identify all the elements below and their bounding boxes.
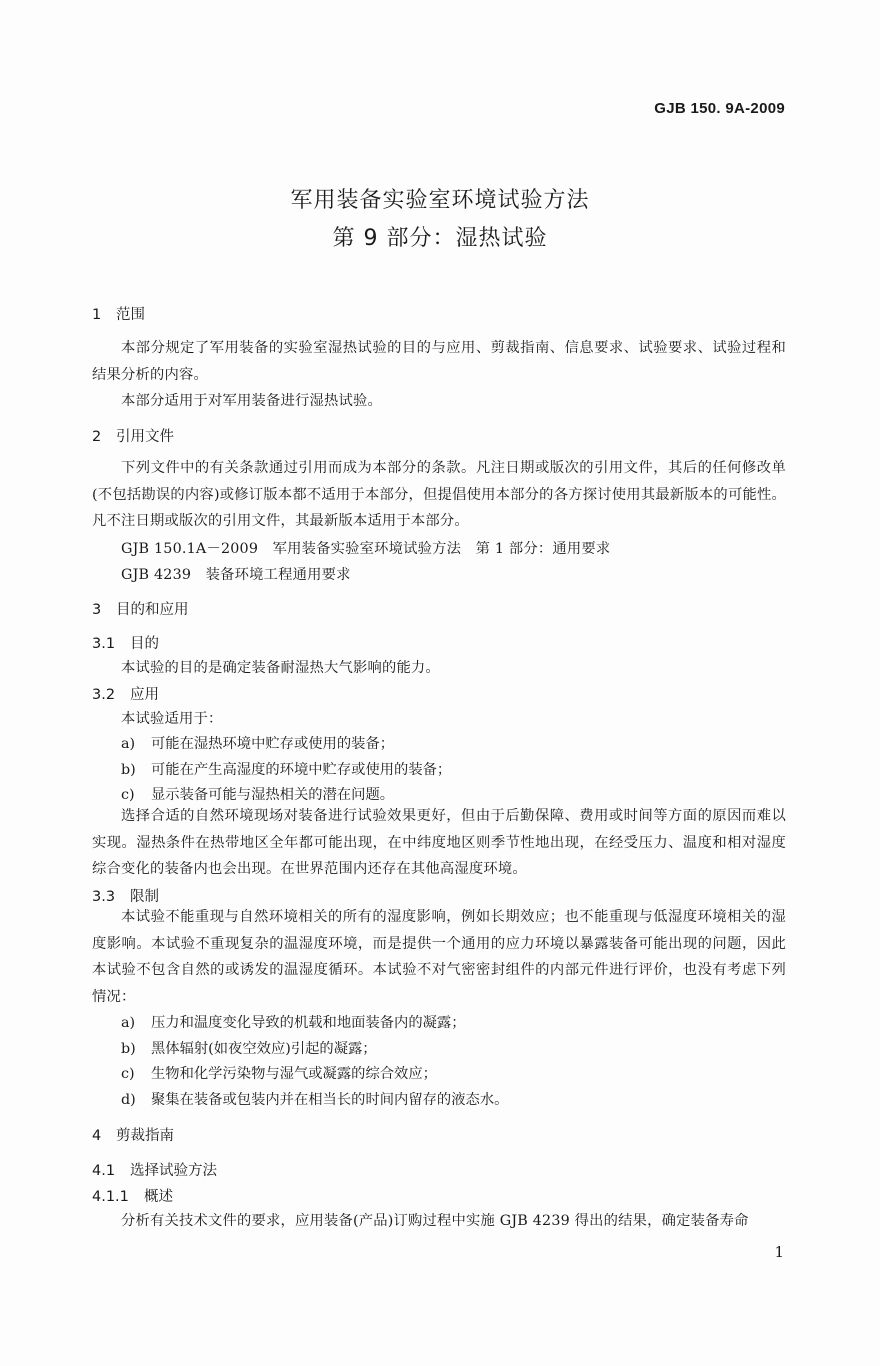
section-3-2-paragraph-2: 选择合适的自然环境现场对装备进行试验效果更好，但由于后勤保障、费用或时间等方面的… xyxy=(92,803,786,883)
list-item: b)可能在产生高湿度的环境中贮存或使用的装备； xyxy=(121,759,451,779)
section-2-heading: 2引用文件 xyxy=(92,425,174,446)
section-3-1-paragraph: 本试验的目的是确定装备耐湿热大气影响的能力。 xyxy=(121,657,440,677)
section-4-1-heading: 4.1选择试验方法 xyxy=(92,1159,217,1180)
list-item: c)显示装备可能与湿热相关的潜在问题。 xyxy=(121,784,394,804)
reference-item: GJB 4239 装备环境工程通用要求 xyxy=(121,564,351,584)
section-3-3-heading: 3.3限制 xyxy=(92,885,159,906)
section-3-3-paragraph-1: 本试验不能重现与自然环境相关的所有的湿度影响，例如长期效应；也不能重现与低湿度环… xyxy=(92,904,786,1010)
section-2-paragraph-1: 下列文件中的有关条款通过引用而成为本部分的条款。凡注日期或版次的引用文件，其后的… xyxy=(92,455,786,535)
document-title: 军用装备实验室环境试验方法 xyxy=(0,183,880,214)
reference-item: GJB 150.1A－2009 军用装备实验室环境试验方法 第 1 部分：通用要… xyxy=(121,538,610,558)
document-subtitle: 第 9 部分：湿热试验 xyxy=(0,221,880,252)
section-3-2-intro: 本试验适用于： xyxy=(121,708,222,728)
page-number: 1 xyxy=(774,1243,784,1261)
section-4-1-1-heading: 4.1.1概述 xyxy=(92,1185,173,1206)
section-4-1-1-paragraph: 分析有关技术文件的要求，应用装备(产品)订购过程中实施 GJB 4239 得出的… xyxy=(121,1210,749,1230)
list-item: c)生物和化学污染物与湿气或凝露的综合效应； xyxy=(121,1063,437,1083)
section-1-paragraph-1: 本部分规定了军用装备的实验室湿热试验的目的与应用、剪裁指南、信息要求、试验要求、… xyxy=(92,335,786,388)
section-4-heading: 4剪裁指南 xyxy=(92,1124,174,1145)
section-3-1-heading: 3.1目的 xyxy=(92,632,159,653)
standard-code: GJB 150. 9A-2009 xyxy=(654,100,785,117)
list-item: d)聚集在装备或包装内并在相当长的时间内留存的液态水。 xyxy=(121,1089,508,1109)
section-3-2-heading: 3.2应用 xyxy=(92,683,159,704)
section-1-heading: 1范围 xyxy=(92,303,145,324)
section-3-heading: 3目的和应用 xyxy=(92,598,189,619)
list-item: a)可能在湿热环境中贮存或使用的装备； xyxy=(121,733,394,753)
list-item: b)黑体辐射(如夜空效应)引起的凝露； xyxy=(121,1038,377,1058)
section-1-paragraph-2: 本部分适用于对军用装备进行湿热试验。 xyxy=(92,388,786,415)
list-item: a)压力和温度变化导致的机载和地面装备内的凝露； xyxy=(121,1012,466,1032)
